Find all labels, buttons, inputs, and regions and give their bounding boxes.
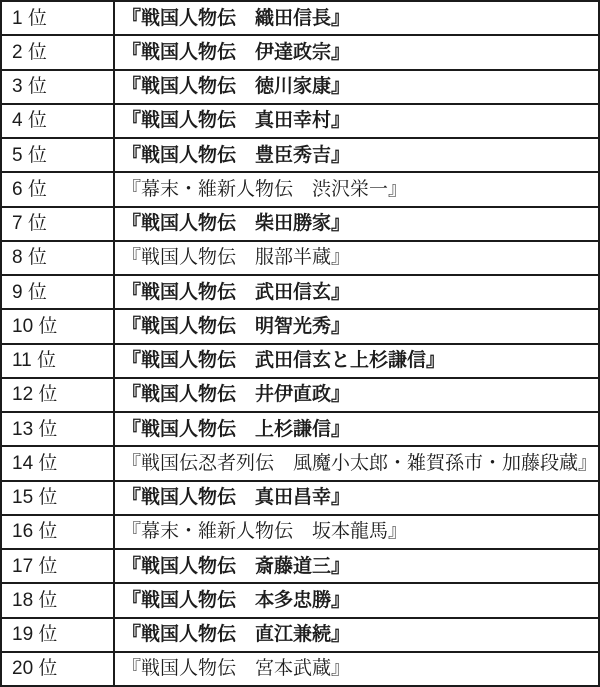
table-row: 4 位『戦国人物伝 真田幸村』 [1,104,599,138]
table-row: 8 位『戦国人物伝 服部半蔵』 [1,241,599,275]
title-cell: 『戦国人物伝 服部半蔵』 [114,241,599,275]
title-cell: 『戦国人物伝 豊臣秀吉』 [114,138,599,172]
title-cell: 『戦国人物伝 徳川家康』 [114,70,599,104]
title-cell: 『幕末・維新人物伝 坂本龍馬』 [114,515,599,549]
table-row: 5 位『戦国人物伝 豊臣秀吉』 [1,138,599,172]
table-row: 2 位『戦国人物伝 伊達政宗』 [1,35,599,69]
rank-cell: 10 位 [1,309,114,343]
table-row: 11 位『戦国人物伝 武田信玄と上杉謙信』 [1,344,599,378]
table-row: 7 位『戦国人物伝 柴田勝家』 [1,207,599,241]
rank-cell: 20 位 [1,652,114,686]
rank-cell: 15 位 [1,481,114,515]
rank-cell: 2 位 [1,35,114,69]
rank-cell: 17 位 [1,549,114,583]
rank-cell: 11 位 [1,344,114,378]
title-cell: 『戦国人物伝 本多忠勝』 [114,583,599,617]
title-cell: 『戦国人物伝 武田信玄』 [114,275,599,309]
rank-cell: 7 位 [1,207,114,241]
rank-cell: 8 位 [1,241,114,275]
table-row: 16 位『幕末・維新人物伝 坂本龍馬』 [1,515,599,549]
rank-cell: 3 位 [1,70,114,104]
rank-cell: 9 位 [1,275,114,309]
table-row: 10 位『戦国人物伝 明智光秀』 [1,309,599,343]
title-cell: 『戦国伝忍者列伝 風魔小太郎・雑賀孫市・加藤段蔵』 [114,446,599,480]
table-row: 17 位『戦国人物伝 斎藤道三』 [1,549,599,583]
table-row: 12 位『戦国人物伝 井伊直政』 [1,378,599,412]
rank-cell: 18 位 [1,583,114,617]
title-cell: 『戦国人物伝 真田昌幸』 [114,481,599,515]
table-row: 20 位『戦国人物伝 宮本武蔵』 [1,652,599,686]
table-row: 13 位『戦国人物伝 上杉謙信』 [1,412,599,446]
table-row: 1 位『戦国人物伝 織田信長』 [1,1,599,35]
rank-cell: 19 位 [1,618,114,652]
rank-cell: 6 位 [1,172,114,206]
title-cell: 『戦国人物伝 上杉謙信』 [114,412,599,446]
title-cell: 『戦国人物伝 直江兼続』 [114,618,599,652]
rank-cell: 16 位 [1,515,114,549]
title-cell: 『戦国人物伝 柴田勝家』 [114,207,599,241]
title-cell: 『戦国人物伝 明智光秀』 [114,309,599,343]
title-cell: 『戦国人物伝 伊達政宗』 [114,35,599,69]
table-row: 19 位『戦国人物伝 直江兼続』 [1,618,599,652]
rank-cell: 5 位 [1,138,114,172]
table-row: 3 位『戦国人物伝 徳川家康』 [1,70,599,104]
rank-cell: 4 位 [1,104,114,138]
ranking-table: 1 位『戦国人物伝 織田信長』2 位『戦国人物伝 伊達政宗』3 位『戦国人物伝 … [0,0,600,687]
rank-cell: 13 位 [1,412,114,446]
table-row: 18 位『戦国人物伝 本多忠勝』 [1,583,599,617]
title-cell: 『戦国人物伝 斎藤道三』 [114,549,599,583]
title-cell: 『幕末・維新人物伝 渋沢栄一』 [114,172,599,206]
table-row: 15 位『戦国人物伝 真田昌幸』 [1,481,599,515]
rank-cell: 14 位 [1,446,114,480]
title-cell: 『戦国人物伝 宮本武蔵』 [114,652,599,686]
table-row: 14 位『戦国伝忍者列伝 風魔小太郎・雑賀孫市・加藤段蔵』 [1,446,599,480]
table-row: 9 位『戦国人物伝 武田信玄』 [1,275,599,309]
rank-cell: 1 位 [1,1,114,35]
title-cell: 『戦国人物伝 織田信長』 [114,1,599,35]
ranking-table-body: 1 位『戦国人物伝 織田信長』2 位『戦国人物伝 伊達政宗』3 位『戦国人物伝 … [1,1,599,686]
title-cell: 『戦国人物伝 井伊直政』 [114,378,599,412]
rank-cell: 12 位 [1,378,114,412]
title-cell: 『戦国人物伝 真田幸村』 [114,104,599,138]
table-row: 6 位『幕末・維新人物伝 渋沢栄一』 [1,172,599,206]
title-cell: 『戦国人物伝 武田信玄と上杉謙信』 [114,344,599,378]
